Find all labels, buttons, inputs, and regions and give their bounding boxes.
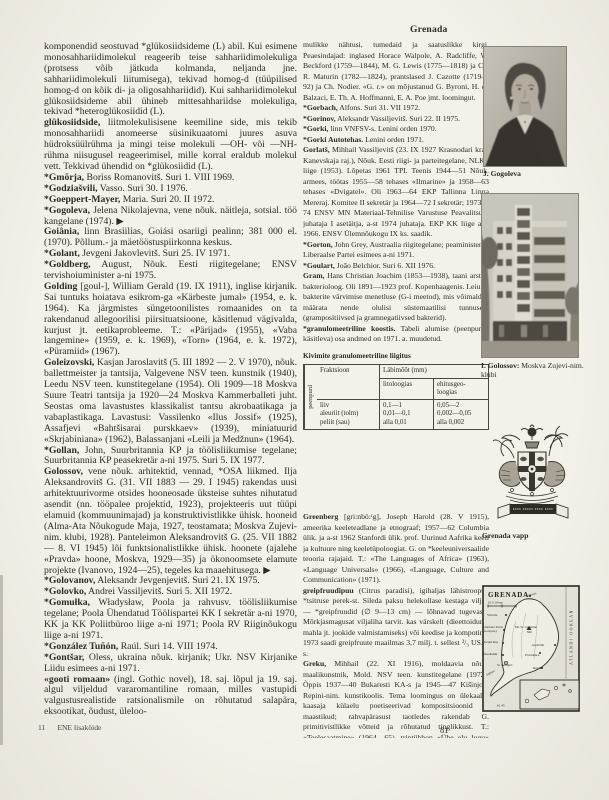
map-meridian-label: 61 45	[497, 704, 505, 708]
map-label: 840	[527, 630, 532, 634]
building-caption: I. Golossov: Moskva Zujevi-nim. klubi	[481, 361, 595, 379]
table-cell-lithology-values: 0,1—1 0,01—0,1 alla 0,01	[380, 399, 434, 429]
encyclopedia-entry: *Gorki, linn VNFSV-s. Lenini orden 1970.	[303, 124, 489, 135]
table-header-diameter: Läbimõõt (mm)	[380, 365, 488, 378]
entry-headword: *Gollan,	[44, 445, 79, 456]
map-title: GRENADA	[488, 591, 529, 599]
table-grid: peenpurd Fraktsioon Läbimõõt (mm) litolo…	[303, 364, 489, 430]
entry-text: Aleksandr Vassiljevitš. Suri 22. II 1975…	[336, 114, 460, 123]
encyclopedia-entry: *Gorton, John Grey, Austraalia riigitege…	[303, 240, 489, 261]
entry-headword: Goiânia,	[44, 226, 79, 237]
encyclopedia-entry: «gooti romaan» (ingl. Gothic novel), 18.…	[44, 675, 297, 719]
left-text-column: komponendid seostuvad *glükosiidsideme (…	[44, 42, 297, 724]
entry-headword: *Goulart,	[303, 261, 335, 270]
table-subheader-geology: ehitusgeo- loogias	[434, 379, 488, 400]
entry-headword: *granulomeetriline koostis.	[303, 324, 396, 333]
table-title: Kivimite granulomeetriline liigitus	[303, 352, 489, 360]
encyclopedia-entry: *Goldberg, August, Nõuk. Eesti riigitege…	[44, 260, 297, 282]
encyclopedia-entry: *Gorki Autotehas. Lenini orden 1971.	[303, 135, 489, 146]
entry-text: Raúl. Suri 14. VIII 1974.	[118, 641, 217, 652]
coat-of-arms	[492, 420, 574, 526]
map-label: Requin	[533, 666, 543, 670]
middle-text-column-upper: mulikke nähtusi, tumedaid ja saatuslikke…	[303, 40, 489, 356]
map-label: Grand Roy	[484, 640, 498, 644]
entry-headword: *Gorki Autotehas.	[303, 135, 363, 144]
entry-headword: Gorlatš,	[303, 145, 330, 154]
map-label: Grenville	[532, 643, 545, 647]
entry-headword: *Goldberg,	[44, 259, 91, 270]
entry-headword: Gram,	[303, 271, 325, 280]
entry-text: komponendid seostuvad *glükosiidsideme (…	[44, 42, 297, 117]
portrait-photo	[483, 46, 567, 167]
entry-headword: *Golovko,	[44, 586, 86, 597]
page-number: 81	[440, 725, 449, 735]
middle-text-column-lower: Greenberg [gri:nbö:ʳg], Joseph Harold (2…	[303, 512, 489, 738]
encyclopedia-entry: glükosiidside, liitmolekulisisene keemil…	[44, 118, 297, 173]
arms-caption: Grenada vapp	[482, 531, 529, 540]
encyclopedia-entry: Golding [goul-], William Gerald (19. IX …	[44, 282, 297, 358]
entry-text: João Belchior. Suri 6. XII 1976.	[335, 261, 435, 270]
encyclopedia-entry: *granulomeetriline koostis. Tabeli alumi…	[303, 324, 489, 345]
map-label: Victoria	[487, 613, 498, 617]
map-label: Woodlands	[483, 652, 498, 656]
table-cell-geology-values: 0,05—2 0,002—0,05 alla 0,002	[434, 399, 488, 429]
entry-text: [goul-], William Gerald (19. IX 1911), i…	[44, 281, 297, 357]
map-label: Providence	[525, 653, 540, 657]
encyclopedia-entry: *Gorinov, Aleksandr Vassiljevitš. Suri 2…	[303, 114, 489, 125]
signature-line: 11ENE lisaköide	[38, 723, 101, 732]
encyclopedia-entry: Gram, Hans Christian Joachim (1853—1938)…	[303, 271, 489, 324]
entry-headword: *Gorbach,	[303, 103, 338, 112]
entry-text: Boriss Romanovitš. Suri 1. VIII 1969.	[84, 172, 234, 183]
entry-headword: *Goeppert-Mayer,	[44, 194, 120, 205]
encyclopedia-entry: Gorlatš, Mihhail Vassiljevitš (23. IX 19…	[303, 145, 489, 240]
entry-text: John, Suurbritannia KP ja töölisliikumis…	[44, 445, 297, 467]
entry-text: Kasjan Jaroslavitš (5. III 1892 — 2. V 1…	[44, 357, 297, 444]
entry-headword: *Godziašvili,	[44, 183, 98, 194]
entry-text: Vasso. Suri 30. I 1976.	[98, 183, 188, 194]
entry-text: Alfons. Suri 31. VII 1972.	[338, 103, 420, 112]
entry-headword: *Gomułka,	[44, 597, 90, 608]
encyclopedia-entry: komponendid seostuvad *glükosiidsideme (…	[44, 42, 297, 118]
running-head: Grenada	[410, 24, 447, 35]
entry-text: Mihhail (22. XI 1916), moldaavia nõuk. m…	[303, 659, 489, 738]
map-label: (Gouyave)	[483, 629, 497, 633]
entry-headword: Greku,	[303, 659, 326, 668]
entry-headword: glükosiidside,	[44, 117, 100, 128]
entry-headword: *Gorinov,	[303, 114, 336, 123]
table-cell-fractions: liiv aleuriit (tolm) peliit (sau)	[317, 399, 380, 429]
encyclopedia-entry: Greenberg [gri:nbö:ʳg], Joseph Harold (2…	[303, 512, 489, 586]
signature-number: 11	[38, 723, 45, 732]
entry-text: Mihhail Vassiljevitš (23. IX 1927 Krasno…	[303, 145, 489, 238]
encyclopedia-entry: *Gorbach, Alfons. Suri 31. VII 1972.	[303, 103, 489, 114]
entry-headword: Goleizovski,	[44, 357, 94, 368]
encyclopedia-entry: Goiânia, linn Brasiilias, Goiási osariig…	[44, 227, 297, 249]
entry-headword: *Gontšar,	[44, 652, 84, 663]
building-photo	[481, 193, 579, 358]
entry-headword: *Gmõrja,	[44, 172, 84, 183]
scan-edge-shadow	[0, 575, 3, 745]
encyclopedia-entry: mulikke nähtusi, tumedaid ja saatuslikke…	[303, 40, 489, 103]
entry-headword: *Gorki,	[303, 124, 328, 133]
encyclopedia-entry: greipfruudipuu (Citrus paradisi), igihal…	[303, 586, 489, 660]
encyclopedia-entry: Greku, Mihhail (22. XI 1916), moldaavia …	[303, 659, 489, 738]
table-subheader-lithology: litoloogias	[380, 379, 434, 400]
entry-headword: *Gorton,	[303, 240, 333, 249]
entry-text: vene nõuk. arhitektid, vennad, *OSA liik…	[44, 466, 297, 575]
building-caption-architect: I. Golossov:	[481, 361, 519, 370]
table-header-fraction: Fraktsioon	[317, 365, 380, 399]
entry-text: Hans Christian Joachim (1853—1938), taan…	[303, 271, 489, 322]
entry-text: linn Brasiilias, Goiási osariigi pealinn…	[44, 226, 297, 248]
map-label: Mt. St. Catherine	[515, 625, 538, 629]
entry-headword: *Gogoleva,	[44, 205, 90, 216]
entry-text: Jevgeni Jakovlevitš. Suri 25. IV 1971.	[80, 248, 230, 259]
entry-headword: greipfruudipuu	[303, 586, 354, 595]
entry-text: (Citrus paradisi), igihaljas lähistroopu…	[303, 586, 489, 658]
entry-text: [gri:nbö:ʳg], Joseph Harold (28. V 1915)…	[303, 512, 489, 584]
entry-text: Aleksandr Jevgenjevitš. Suri 21. IX 1975…	[95, 575, 259, 586]
map-label: St. George's	[497, 663, 513, 667]
encyclopedia-entry: *Gomułka, Władysław, Poola ja rahvusv. t…	[44, 598, 297, 642]
entry-text: Andrei Vassiljevitš. Suri 5. XII 1972.	[86, 586, 232, 597]
encyclopedia-page: Grenada komponendid seostuvad *glükosiid…	[0, 0, 609, 800]
entry-headword: *Golovanov,	[44, 575, 95, 586]
entry-headword: Golossov,	[44, 466, 83, 477]
entry-headword: Golding	[44, 281, 77, 292]
encyclopedia-entry: *Gontšar, Oless, ukraina nõuk. kirjanik;…	[44, 653, 297, 675]
entry-text: linn VNFSV-s. Lenini orden 1970.	[328, 124, 436, 133]
entry-text: mulikke nähtusi, tumedaid ja saatuslikke…	[303, 40, 489, 102]
map-ocean-label: ATLANDI OOKEAN	[570, 609, 574, 665]
entry-headword: «gooti romaan»	[44, 674, 110, 685]
map-inset	[520, 680, 579, 709]
table-side-label: peenpurd	[304, 365, 317, 429]
encyclopedia-entry: Golossov, vene nõuk. arhitektid, vennad,…	[44, 467, 297, 576]
encyclopedia-entry: *Gollan, John, Suurbritannia KP ja tööli…	[44, 446, 297, 468]
encyclopedia-entry: Goleizovski, Kasjan Jaroslavitš (5. III …	[44, 358, 297, 445]
edition-label: ENE lisaköide	[57, 723, 101, 732]
portrait-caption: J. Gogoleva	[483, 169, 521, 178]
entry-headword: Greenberg	[303, 512, 338, 521]
entry-headword: *González Tuñón,	[44, 641, 118, 652]
encyclopedia-entry: *Goulart, João Belchior. Suri 6. XII 197…	[303, 261, 489, 272]
granulometry-table: Kivimite granulomeetriline liigitus peen…	[303, 352, 489, 430]
grenada-map: GRENADA 10 0 10 km ATLANDI OOKEAN 61 45 …	[482, 585, 580, 712]
entry-headword: *Golant,	[44, 248, 80, 259]
entry-text: Maria. Suri 20. II 1972.	[120, 194, 214, 205]
map-scale-label: 10 0 10 km	[488, 601, 503, 605]
encyclopedia-entry: *Gogoleva, Jelena Nikolajevna, vene nõuk…	[44, 206, 297, 228]
entry-text: Lenini orden 1971.	[363, 135, 424, 144]
